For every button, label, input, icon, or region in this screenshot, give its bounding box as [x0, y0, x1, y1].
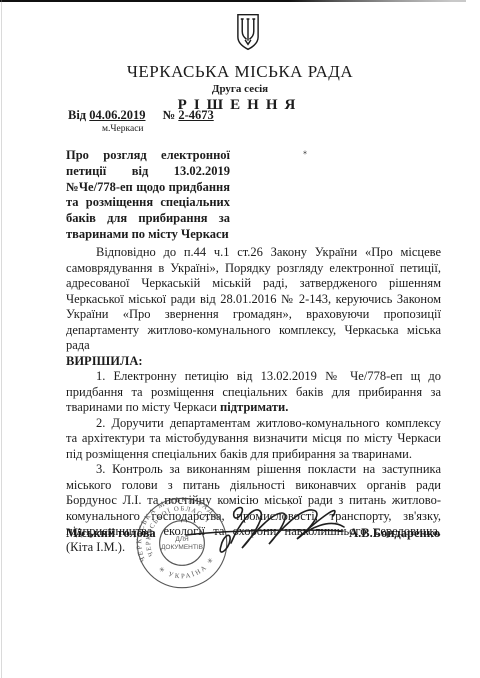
council-title: ЧЕРКАСЬКА МІСЬКА РАДА: [0, 62, 480, 82]
official-round-stamp: ЧЕРКАСЬКА МІСЬКА РАДА ЧЕРКАСЬКОЇ ОБЛАСТІ…: [121, 482, 243, 604]
decision-item-1: 1. Електронну петицію від 13.02.2019 № Ч…: [66, 369, 441, 416]
signer-name: А.В.Бондаренко: [349, 526, 440, 541]
resolved-label: ВИРІШИЛА:: [66, 354, 441, 370]
ukraine-trident-icon: [235, 10, 261, 54]
decision-item-2: 2. Доручити департаментам житлово-комуна…: [66, 416, 441, 463]
stamp-center-line2: ДОКУМЕНТІВ: [161, 544, 203, 551]
document-header: ЧЕРКАСЬКА МІСЬКА РАДА Друга сесія РІШЕНН…: [0, 10, 480, 114]
subject-paragraph: Про розгляд електронної петиції від 13.0…: [66, 148, 230, 243]
date-block: Від 04.06.2019 № 2-4673 м.Черкаси: [68, 108, 214, 134]
date-line: Від 04.06.2019 № 2-4673: [68, 108, 214, 123]
svg-text:✳ УКРАЇНА ✳: ✳ УКРАЇНА ✳: [156, 552, 220, 587]
date-value: 04.06.2019: [89, 108, 145, 122]
number-value: 2-4673: [178, 108, 213, 122]
number-label: №: [163, 108, 176, 122]
signer-position: Міський голова: [66, 526, 156, 541]
svg-text:ЧЕРКАСЬКА МІСЬКА РАДА: ЧЕРКАСЬКА МІСЬКА РАДА: [124, 485, 228, 563]
stamp-ring-outer-text: ЧЕРКАСЬКА МІСЬКА РАДА: [124, 485, 228, 563]
scan-top-edge-artifact: [0, 0, 466, 2]
date-label: Від: [68, 108, 86, 122]
scan-speck-mark: ⁎: [303, 147, 307, 156]
scanned-decision-document: ЧЕРКАСЬКА МІСЬКА РАДА Друга сесія РІШЕНН…: [0, 0, 480, 678]
decision-item-1-bold: підтримати.: [220, 400, 288, 414]
signature-row: Міський голова А.В.Бондаренко: [66, 526, 440, 541]
intro-paragraph: Відповідно до п.44 ч.1 ст.26 Закону Укра…: [66, 245, 441, 354]
scan-dot-mark: .: [289, 500, 291, 508]
session-subtitle: Друга сесія: [0, 83, 480, 95]
city-label: м.Черкаси: [102, 124, 214, 134]
emblem-wrap: [0, 10, 480, 59]
stamp-ring-bottom-text: ✳ УКРАЇНА ✳: [156, 552, 220, 587]
